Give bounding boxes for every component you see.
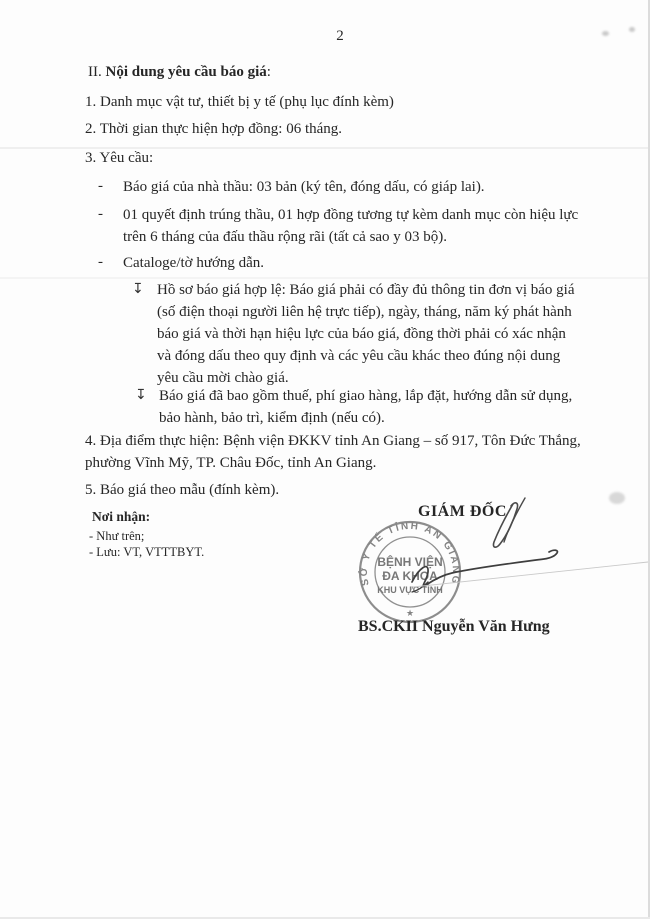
- dash-bullet-line: trên 6 tháng của đấu thầu rộng rãi (tất …: [123, 228, 447, 247]
- section-heading-prefix: II.: [88, 64, 106, 80]
- pen-flourish: [493, 503, 517, 547]
- arrow-bullet-line: Hồ sơ báo giá hợp lệ: Báo giá phải có đầ…: [157, 281, 574, 300]
- item-2: 2. Thời gian thực hiện hợp đồng: 06 thán…: [85, 120, 342, 139]
- page-number: 2: [0, 28, 650, 45]
- dash-bullet-icon: -: [98, 178, 103, 195]
- signer-name: BS.CKII Nguyễn Văn Hưng: [358, 618, 550, 636]
- dash-bullet-line: Cataloge/tờ hướng dẫn.: [123, 254, 264, 273]
- scanned-document-page: 2 II. Nội dung yêu cầu báo giá: 1. Danh …: [0, 0, 650, 919]
- item-4-line: 4. Địa điểm thực hiện: Bệnh viện ĐKKV tỉ…: [85, 432, 581, 451]
- dash-bullet-line: 01 quyết định trúng thầu, 01 hợp đồng tư…: [123, 206, 578, 225]
- pen-flourish: [504, 498, 525, 542]
- arrow-bullet-line: Báo giá đã bao gồm thuế, phí giao hàng, …: [159, 387, 572, 406]
- dash-bullet-line: Báo giá của nhà thầu: 03 bản (ký tên, đó…: [123, 178, 485, 197]
- dash-bullet-icon: -: [98, 206, 103, 223]
- arrow-bullet-line: báo giá và thời hạn hiệu lực của báo giá…: [157, 325, 566, 344]
- section-heading: II. Nội dung yêu cầu báo giá:: [88, 63, 271, 82]
- arrow-bullet-line: (số điện thoại người liên hệ trực tiếp),…: [157, 303, 572, 322]
- recipient-line: - Lưu: VT, VTTTBYT.: [89, 544, 204, 560]
- dash-bullet-icon: -: [98, 254, 103, 271]
- signature-stroke: [412, 550, 557, 586]
- down-arrow-bullet-icon: ↧: [132, 281, 144, 297]
- item-1: 1. Danh mục vật tư, thiết bị y tế (phụ l…: [85, 93, 394, 112]
- recipient-line: - Như trên;: [89, 528, 144, 544]
- recipients-heading: Nơi nhận:: [92, 509, 150, 525]
- down-arrow-bullet-icon: ↧: [135, 387, 147, 403]
- arrow-bullet-line: và đóng dấu theo quy định và các yêu cầu…: [157, 347, 560, 366]
- item-5: 5. Báo giá theo mẫu (đính kèm).: [85, 481, 279, 500]
- section-heading-suffix: :: [267, 64, 271, 80]
- item-3: 3. Yêu cầu:: [85, 149, 153, 168]
- arrow-bullet-line: yêu cầu mời chào giá.: [157, 369, 289, 388]
- section-heading-bold: Nội dung yêu cầu báo giá: [106, 64, 267, 80]
- scan-streak: [0, 277, 650, 279]
- item-4-line: phường Vĩnh Mỹ, TP. Châu Đốc, tỉnh An Gi…: [85, 454, 376, 473]
- arrow-bullet-line: bảo hành, bảo trì, kiểm định (nếu có).: [159, 409, 385, 428]
